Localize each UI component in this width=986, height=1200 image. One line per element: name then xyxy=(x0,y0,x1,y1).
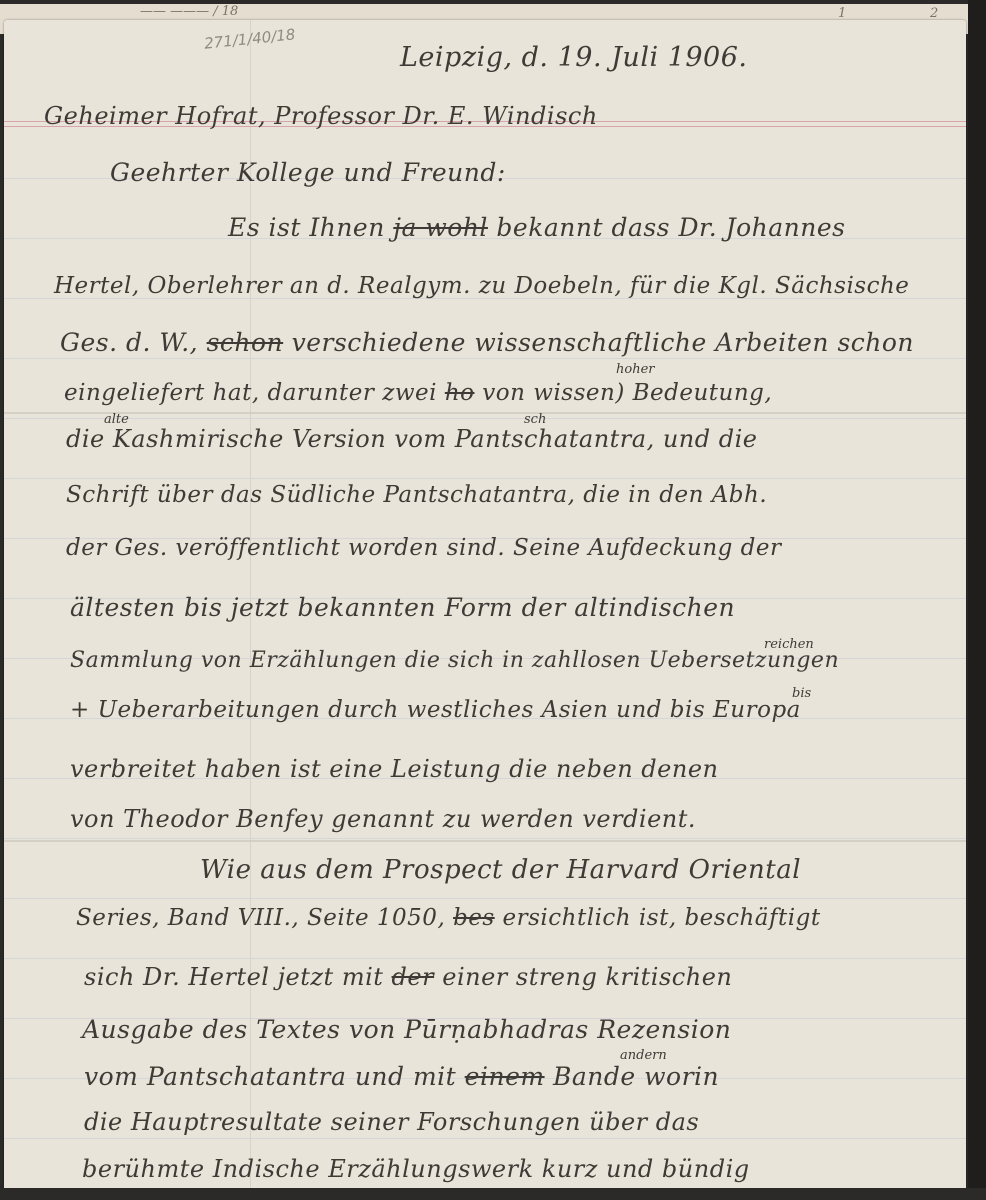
scanner-edge xyxy=(968,0,986,1200)
ruled-line xyxy=(4,358,966,359)
ruled-line xyxy=(4,1138,966,1139)
body-line-13: Wie aus dem Prospect der Harvard Orienta… xyxy=(200,855,801,885)
insertion-above: andern xyxy=(620,1048,667,1063)
ruled-line xyxy=(4,898,966,899)
back-sheet-mark: —— ——— / 18 xyxy=(140,4,238,19)
place-date: Leipzig, d. 19. Juli 1906. xyxy=(400,42,747,73)
struck-text: der xyxy=(392,963,435,991)
addressee: Geheimer Hofrat, Professor Dr. E. Windis… xyxy=(44,102,598,130)
body-line-6: Schrift über das Südliche Pantschatantra… xyxy=(66,482,767,508)
ruled-line xyxy=(4,958,966,959)
body-line-19: berühmte Indische Erzählungswerk kurz un… xyxy=(82,1155,750,1183)
body-line-1: Es ist Ihnen ja wohl bekannt dass Dr. Jo… xyxy=(228,213,846,242)
body-line-4: eingeliefert hat, darunter zwei ho von w… xyxy=(64,380,772,406)
struck-text: ho xyxy=(445,380,475,406)
ruled-line xyxy=(4,478,966,479)
ruled-line xyxy=(4,418,966,419)
scanner-edge xyxy=(0,1188,986,1200)
body-line-8: ältesten bis jetzt bekannten Form der al… xyxy=(70,593,735,622)
insertion-above: hoher xyxy=(616,362,654,377)
back-sheet-mark: 2 xyxy=(930,6,938,21)
struck-text: bes xyxy=(453,905,495,931)
struck-text: schon xyxy=(207,328,284,357)
struck-text: einem xyxy=(465,1062,545,1091)
body-line-7: der Ges. veröffentlicht worden sind. Sei… xyxy=(66,535,782,561)
body-line-18: die Hauptresultate seiner Forschungen üb… xyxy=(84,1108,699,1136)
body-line-11: verbreitet haben ist eine Leistung die n… xyxy=(70,755,718,783)
body-line-9: Sammlung von Erzählungen die sich in zah… xyxy=(70,648,839,673)
letter-sheet: 271/1/40/18 Leipzig, d. 19. Juli 1906. G… xyxy=(4,20,966,1188)
body-line-12: von Theodor Benfey genannt zu werden ver… xyxy=(70,805,696,833)
body-line-15: sich Dr. Hertel jetzt mit der einer stre… xyxy=(84,963,732,991)
back-sheet-mark: 1 xyxy=(838,6,846,21)
struck-text: ja wohl xyxy=(393,213,488,242)
fold-line-horizontal xyxy=(4,412,966,414)
body-line-17: vom Pantschatantra und mit einem Bande w… xyxy=(84,1062,719,1091)
body-line-16: Ausgabe des Textes von Pūrṇabhadras Reze… xyxy=(82,1015,731,1044)
salutation: Geehrter Kollege und Freund: xyxy=(110,158,506,187)
body-line-2: Hertel, Oberlehrer an d. Realgym. zu Doe… xyxy=(54,273,909,299)
ruled-line xyxy=(4,838,966,839)
body-line-14: Series, Band VIII., Seite 1050, bes ersi… xyxy=(76,905,821,931)
fold-line-horizontal xyxy=(4,840,966,842)
body-line-10: + Ueberarbeitungen durch westliches Asie… xyxy=(70,697,801,723)
body-line-5: die Kashmirische Version vom Pantschatan… xyxy=(66,425,757,453)
body-line-3: Ges. d. W., schon verschiedene wissensch… xyxy=(60,328,914,357)
